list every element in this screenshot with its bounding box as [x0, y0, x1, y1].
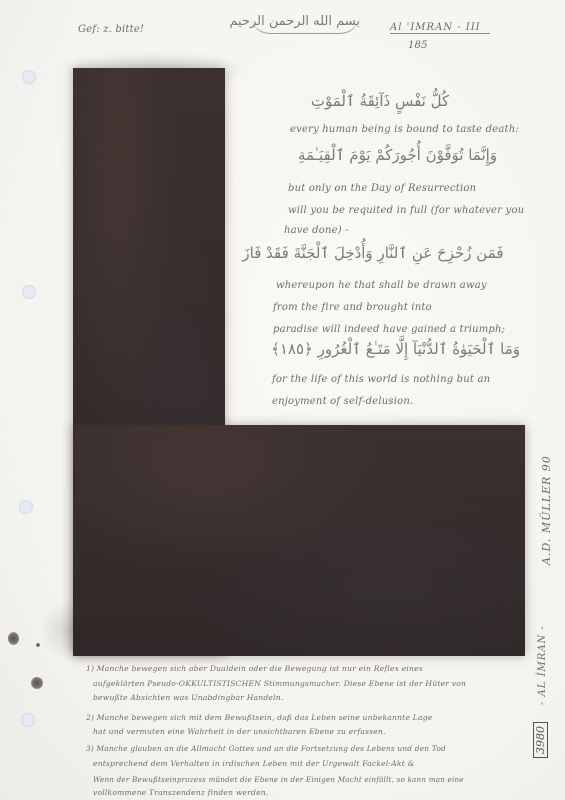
verse-english-2a: but only on the Day of Resurrection: [288, 183, 476, 194]
verse-english-3c: paradise will indeed have gained a trium…: [273, 324, 505, 335]
note-line-5: hat und vermuten eine Wahrheit in der un…: [93, 727, 386, 736]
manuscript-page: Gef: z. bitte! بسم الله الرحمن الرحيم Al…: [0, 0, 565, 800]
ink-stain: [36, 643, 40, 647]
painted-field-horizontal: [73, 425, 525, 656]
punch-hole: [21, 713, 35, 727]
verse-arabic-2: وَإِنَّمَا تُوَفَّوْنَ أُجُورَكُمْ يَوْم…: [265, 146, 530, 164]
margin-title: - AL İMRAN -: [537, 625, 548, 705]
punch-hole: [22, 285, 36, 299]
verse-english-2b: will you be requited in full (for whatev…: [288, 205, 524, 216]
basmala: بسم الله الرحمن الرحيم: [250, 14, 360, 34]
verse-english-4a: for the life of this world is nothing bu…: [272, 374, 490, 385]
note-line-3: bewußte Absichten was Unabdingbar Handel…: [93, 693, 283, 702]
note-line-8: Wenn der Bewußtseinprozess mündet die Eb…: [93, 775, 464, 784]
verse-arabic-1: كُلُّ نَفْسٍ ذَآئِقَةُ ٱلْمَوْتِ: [300, 92, 460, 110]
verse-english-3a: whereupon he that shall be drawn away: [276, 280, 487, 291]
note-line-1: 1) Manche bewegen sich aber Dualdein ode…: [86, 664, 423, 673]
verse-arabic-3: فَمَن زُحْزِحَ عَنِ ٱلنَّارِ وَأُدْخِلَ …: [238, 244, 508, 262]
verse-english-4b: enjoyment of self-delusion.: [272, 396, 413, 407]
note-line-7: entsprechend dem Verhalten in irdischen …: [93, 759, 415, 768]
note-line-4: 2) Manche bewegen sich mit dem Bewußtsei…: [86, 713, 432, 722]
verse-english-1: every human being is bound to taste deat…: [290, 124, 519, 135]
author-signature: A.D. MÜLLER 90: [540, 455, 553, 565]
note-line-6: 3) Manche glauben an die Allmacht Gottes…: [86, 744, 446, 753]
note-line-9: vollkommene Transzendenz finden werden.: [93, 788, 269, 797]
verse-english-2c: have done) -: [284, 225, 349, 236]
verse-english-3b: from the fire and brought into: [273, 302, 432, 313]
surah-title: Al 'IMRAN - III: [390, 22, 490, 34]
punch-hole: [19, 500, 33, 514]
ink-stain: [8, 632, 19, 645]
header-left-note: Gef: z. bitte!: [78, 24, 144, 35]
ink-stain: [31, 677, 43, 689]
verse-arabic-4: وَمَا ٱلْحَيَوٰةُ ٱلدُّنْيَآ إِلَّا مَتَ…: [300, 340, 520, 358]
note-line-2: aufgeklärten Pseudo-OKKULTISTISCHEN Stim…: [93, 679, 466, 688]
punch-hole: [22, 70, 36, 84]
catalog-number: 3980: [533, 722, 548, 758]
verse-number: 185: [408, 40, 428, 51]
